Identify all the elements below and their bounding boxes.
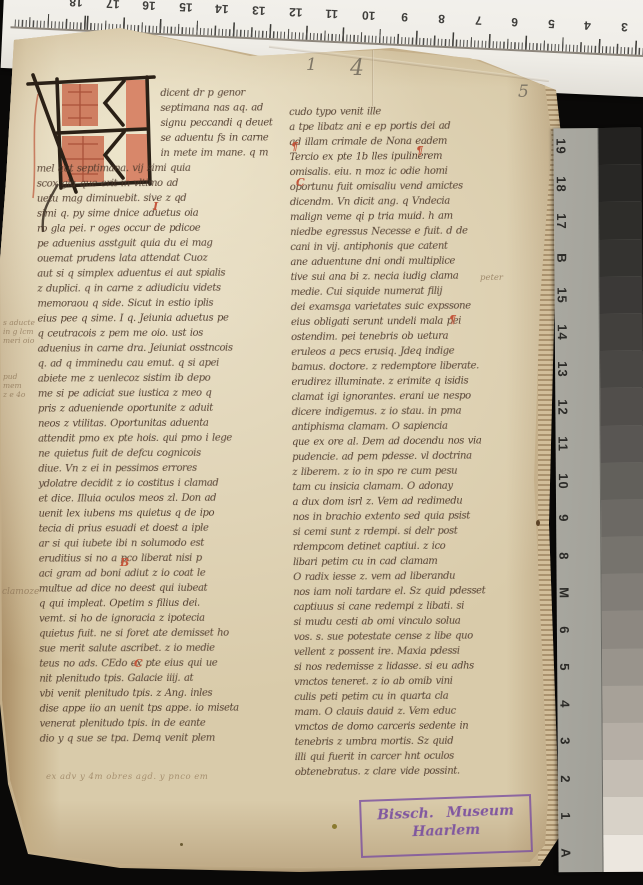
page-specks [332, 824, 337, 829]
left-text-column: dicent dr p genorseptimana nas aq. adsig… [36, 85, 279, 746]
folio-number-5: 5 [518, 82, 529, 102]
bottom-inscription: ex adv y 4m obres agd. y pnco em [46, 772, 208, 782]
grayscale-wedge [597, 128, 643, 872]
rubric-mark: C [134, 657, 143, 670]
folio-number-1: 1 [306, 55, 317, 75]
stamp-line2: Haarlem [362, 820, 530, 842]
card-step-labels: 191817B15141312111098M654321A [553, 128, 602, 872]
margin-note-peter: peter [480, 274, 503, 283]
page-specks [536, 520, 540, 526]
folio-number-4: 4 [350, 56, 364, 81]
library-stamp: Bissch. Museum Haarlem [359, 794, 533, 858]
right-text-column: cudo typo venit illea tpe libatz ani e e… [289, 103, 547, 780]
rubric-mark: C [296, 176, 305, 189]
rubric-mark: ¶ [449, 313, 456, 326]
rubric-mark: I [153, 200, 158, 213]
rubric-mark: ¶ [416, 144, 423, 157]
crease-line-vertical [372, 50, 374, 106]
margin-note-clamore: clamoze [2, 588, 39, 597]
rubric-mark: B [120, 556, 129, 569]
page-specks [180, 843, 183, 846]
gray-card: 191817B15141312111098M654321A [553, 128, 643, 873]
margin-note-left-a: s aductein g lcmmeri oio [3, 318, 37, 345]
margin-note-left-b: pud memz e 4o [3, 372, 37, 399]
rubric-mark: ¶ [291, 140, 298, 153]
